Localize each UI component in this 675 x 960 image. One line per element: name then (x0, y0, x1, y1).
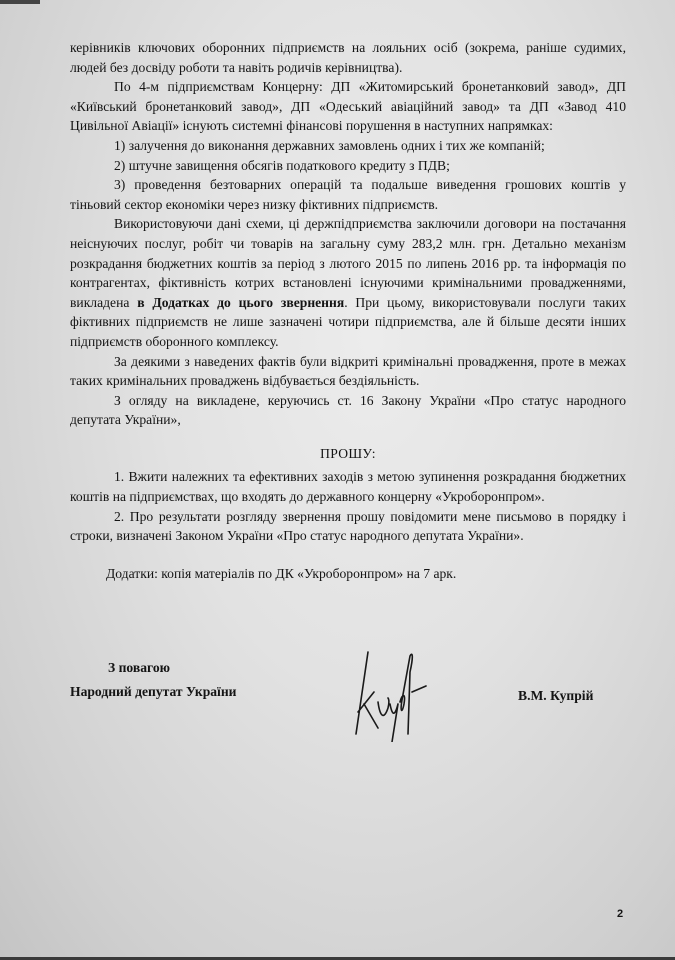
signature-block: З повагою Народний депутат України В.М. … (70, 660, 626, 740)
page-number: 2 (617, 908, 623, 920)
request-heading: ПРОШУ: (70, 444, 626, 464)
list-item-1: 1) залучення до виконання державних замо… (70, 136, 626, 156)
paragraph-enterprises: По 4-м підприємствам Концерну: ДП «Житом… (70, 77, 626, 136)
paragraph-continuation: керівників ключових оборонних підприємст… (70, 38, 626, 77)
attachments-note: Додатки: копія матеріалів по ДК «Укробор… (70, 564, 626, 584)
document-page: керівників ключових оборонних підприємст… (0, 0, 675, 960)
paragraph-legal-basis: З огляду на викладене, керуючись ст. 16 … (70, 391, 626, 430)
paragraph-criminal-cases: За деякими з наведених фактів були відкр… (70, 352, 626, 391)
list-item-2: 2) штучне завищення обсягів податкового … (70, 156, 626, 176)
list-item-3: 3) проведення безтоварних операцій та по… (70, 175, 626, 214)
paragraph-schemes: Використовуючи дані схеми, ці держпідпри… (70, 214, 626, 351)
signer-name: В.М. Купрій (518, 688, 593, 704)
regards-text: З повагою (108, 660, 170, 676)
signer-position: Народний депутат України (70, 684, 237, 700)
request-item-2: 2. Про результати розгляду звернення про… (70, 507, 626, 546)
request-item-1: 1. Вжити належних та ефективних заходів … (70, 467, 626, 506)
paragraph-schemes-bold: в Додатках до цього звернення (137, 295, 344, 310)
signature-icon (338, 642, 438, 742)
document-body: керівників ключових оборонних підприємст… (70, 38, 626, 583)
scan-edge (0, 0, 40, 4)
